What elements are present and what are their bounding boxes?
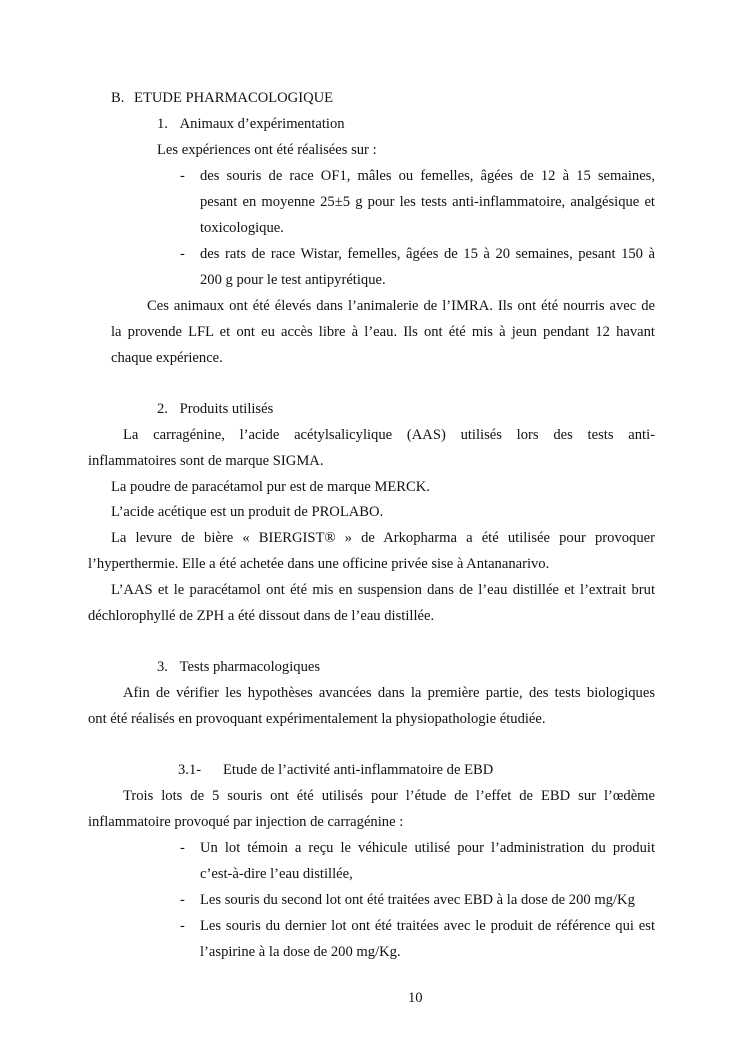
subsection-number: 3. (157, 659, 168, 675)
paragraph-line: inflammatoire provoqué par injection de … (88, 813, 403, 831)
bullet-line: Un lot témoin a reçu le véhicule utilisé… (200, 839, 655, 857)
paragraph-line: La poudre de paracétamol pur est de marq… (111, 478, 430, 496)
subsection-number: 3.1- (178, 762, 201, 778)
subsection-3-heading: 3. Tests pharmacologiques (157, 658, 320, 676)
paragraph-line: ont été réalisés en provoquant expérimen… (88, 710, 546, 728)
paragraph-line: déchlorophyllé de ZPH a été dissout dans… (88, 607, 434, 625)
paragraph-line: la provende LFL et ont eu accès libre à … (111, 323, 655, 341)
paragraph-line: L’AAS et le paracétamol ont été mis en s… (111, 581, 655, 599)
bullet-line: toxicologique. (200, 219, 284, 237)
section-marker: B. (111, 90, 124, 106)
bullet-line: l’aspirine à la dose de 200 mg/Kg. (200, 943, 401, 961)
paragraph-line: l’hyperthermie. Elle a été achetée dans … (88, 555, 549, 573)
bullet-line: des souris de race OF1, mâles ou femelle… (200, 167, 655, 185)
paragraph-line: La levure de bière « BIERGIST® » de Arko… (111, 529, 655, 547)
paragraph-line: chaque expérience. (111, 349, 223, 367)
bullet-dash: - (180, 917, 185, 935)
bullet-line: Les souris du second lot ont été traitée… (200, 891, 635, 909)
bullet-line: des rats de race Wistar, femelles, âgées… (200, 245, 655, 263)
subsection-number: 1. (157, 116, 168, 132)
paragraph-line: Trois lots de 5 souris ont été utilisés … (123, 787, 655, 805)
subsection-3-1-heading: 3.1- Etude de l’activité anti-inflammato… (178, 761, 201, 779)
section-heading: B. ETUDE PHARMACOLOGIQUE (111, 89, 333, 107)
subsection-number: 2. (157, 401, 168, 417)
bullet-dash: - (180, 245, 185, 263)
bullet-dash: - (180, 839, 185, 857)
subsection-title: Animaux d’expérimentation (180, 116, 345, 132)
bullet-line: 200 g pour le test antipyrétique. (200, 271, 386, 289)
subsection-title: Produits utilisés (180, 401, 274, 417)
intro-text: Les expériences ont été réalisées sur : (157, 141, 377, 159)
section-title: ETUDE PHARMACOLOGIQUE (134, 90, 333, 106)
paragraph-line: Ces animaux ont été élevés dans l’animal… (147, 297, 655, 315)
subsection-title: Tests pharmacologiques (180, 659, 320, 675)
bullet-dash: - (180, 891, 185, 909)
subsection-title: Etude de l’activité anti-inflammatoire d… (223, 761, 493, 779)
paragraph-line: inflammatoires sont de marque SIGMA. (88, 452, 323, 470)
paragraph-line: La carragénine, l’acide acétylsalicyliqu… (123, 426, 655, 444)
subsection-2-heading: 2. Produits utilisés (157, 400, 273, 418)
subsection-1-heading: 1. Animaux d’expérimentation (157, 115, 345, 133)
bullet-line: pesant en moyenne 25±5 g pour les tests … (200, 193, 655, 211)
paragraph-line: L’acide acétique est un produit de PROLA… (111, 503, 383, 521)
page-number: 10 (408, 989, 423, 1007)
bullet-line: Les souris du dernier lot ont été traité… (200, 917, 655, 935)
bullet-line: c’est-à-dire l’eau distillée, (200, 865, 353, 883)
paragraph-line: Afin de vérifier les hypothèses avancées… (123, 684, 655, 702)
bullet-dash: - (180, 167, 185, 185)
